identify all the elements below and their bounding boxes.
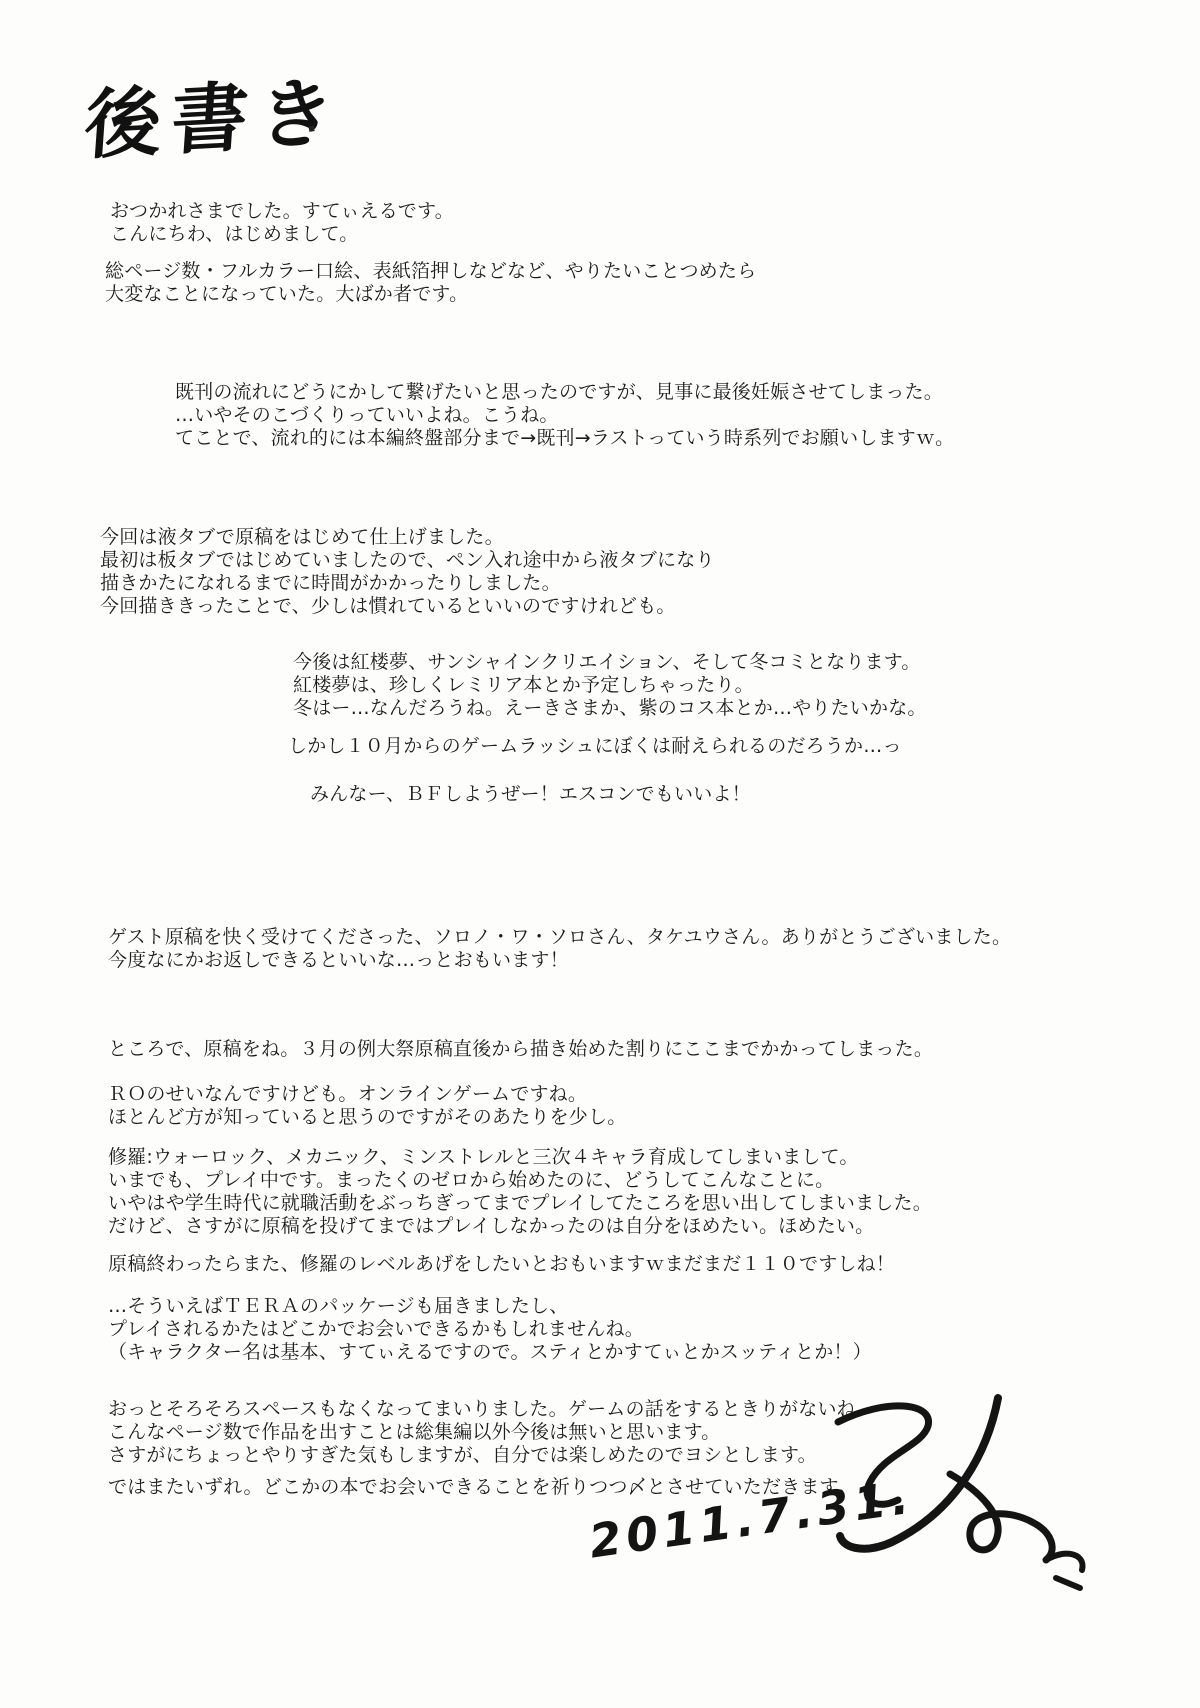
- text-line: しかし１０月からのゲームラッシュにぼくは耐えられるのだろうか…っ: [288, 735, 902, 758]
- text-line: 今回描ききったことで、少しは慣れているといいのですけれども。: [100, 595, 715, 618]
- text-line: さすがにちょっとやりすぎた気もしますが、自分では楽しめたのでヨシとします。: [108, 1444, 856, 1467]
- text-line: （キャラクター名は基本、すてぃえるですので。スティとかすてぃとかスッティとか！）: [108, 1341, 872, 1364]
- page: 後書き · おつかれさまでした。すてぃえるです。 こんにちわ、はじめまして。 総…: [0, 0, 1200, 1708]
- paragraph-level-up: 原稿終わったらまた、修羅のレベルあげをしたいとおもいますｗまだまだ１１０ですしね…: [108, 1253, 895, 1276]
- text-line: 冬はー…なんだろうね。えーきさまか、紫のコス本とか…やりたいかな。: [293, 697, 927, 720]
- text-line: …そういえばＴＥＲＡのパッケージも届きましたし、: [108, 1295, 872, 1318]
- signature-scribble: [798, 1388, 1098, 1598]
- text-line: こんにちわ、はじめまして。: [110, 223, 454, 246]
- paragraph-tablet: 今回は液タブで原稿をはじめて仕上げました。 最初は板タブではじめていましたので、…: [100, 526, 715, 618]
- text-line: ゲスト原稿を快く受けてくださった、ソロノ・ワ・ソロさん、タケユウさん。ありがとう…: [108, 926, 1011, 949]
- text-line: 大変なことになっていた。大ばか者です。: [105, 283, 756, 306]
- text-line: ほとんど方が知っていると思うのですがそのあたりを少し。: [108, 1106, 626, 1129]
- paragraph-ro-characters: 修羅:ウォーロック、メカニック、ミンストレルと三次４キャラ育成してしまいまして。…: [108, 1146, 932, 1238]
- text-line: 今後は紅楼夢、サンシャインクリエイション、そして冬コミとなります。: [293, 651, 927, 674]
- text-line: 描きかたになれるまでに時間がかかったりしました。: [100, 572, 715, 595]
- paragraph-guest-thanks: ゲスト原稿を快く受けてくださった、ソロノ・ワ・ソロさん、タケユウさん。ありがとう…: [108, 926, 1011, 972]
- text-line: こんなページ数で作品を出すことは総集編以外今後は無いと思います。: [108, 1421, 856, 1444]
- text-line: いまでも、プレイ中です。まったくのゼロから始めたのに、どうしてこんなことに。: [108, 1169, 932, 1192]
- text-line: 今回は液タブで原稿をはじめて仕上げました。: [100, 526, 715, 549]
- text-line: 総ページ数・フルカラー口絵、表紙箔押しなどなど、やりたいことつめたら: [105, 260, 756, 283]
- text-line: てことで、流れ的には本編終盤部分まで→既刊→ラストっていう時系列でお願いしますｗ…: [175, 427, 954, 450]
- text-line: だけど、さすがに原稿を投げてまではプレイしなかったのは自分をほめたい。ほめたい。: [108, 1215, 932, 1238]
- text-line: 修羅:ウォーロック、メカニック、ミンストレルと三次４キャラ育成してしまいまして。: [108, 1146, 932, 1169]
- paragraph-bf-callout: みんなー、ＢＦしようぜー！エスコンでもいいよ！: [310, 783, 751, 806]
- paragraph-game-rush: しかし１０月からのゲームラッシュにぼくは耐えられるのだろうか…っ: [288, 735, 902, 758]
- text-line: ＲＯのせいなんですけども。オンラインゲームですね。: [108, 1083, 626, 1106]
- text-line: おっとそろそろスペースもなくなってまいりました。ゲームの話をするときりがないね: [108, 1398, 856, 1421]
- paragraph-closing-remarks: おっとそろそろスペースもなくなってまいりました。ゲームの話をするときりがないね …: [108, 1398, 856, 1467]
- paragraph-ro-intro: ＲＯのせいなんですけども。オンラインゲームですね。 ほとんど方が知っていると思う…: [108, 1083, 626, 1129]
- text-line: いやはや学生時代に就職活動をぶっちぎってまでプレイしてたころを思い出してしまいま…: [108, 1192, 932, 1215]
- text-line: プレイされるかたはどこかでお会いできるかもしれませんね。: [108, 1318, 872, 1341]
- paragraph-book-specs: 総ページ数・フルカラー口絵、表紙箔押しなどなど、やりたいことつめたら 大変なこと…: [105, 260, 756, 306]
- paragraph-greeting: おつかれさまでした。すてぃえるです。 こんにちわ、はじめまして。: [110, 200, 454, 246]
- text-line: ところで、原稿をね。３月の例大祭原稿直後から描き始めた割りにここまでかかってしま…: [108, 1038, 933, 1061]
- text-line: 原稿終わったらまた、修羅のレベルあげをしたいとおもいますｗまだまだ１１０ですしね…: [108, 1253, 895, 1276]
- text-line: みんなー、ＢＦしようぜー！エスコンでもいいよ！: [310, 783, 751, 806]
- text-line: 最初は板タブではじめていましたので、ペン入れ途中から液タブになり: [100, 549, 715, 572]
- text-line: 既刊の流れにどうにかして繋げたいと思ったのですが、見事に最後妊娠させてしまった。: [175, 381, 954, 404]
- text-line: …いやそのこづくりっていいよね。こうね。: [175, 404, 954, 427]
- paragraph-manuscript-delay: ところで、原稿をね。３月の例大祭原稿直後から描き始めた割りにここまでかかってしま…: [108, 1038, 933, 1061]
- paragraph-tera: …そういえばＴＥＲＡのパッケージも届きましたし、 プレイされるかたはどこかでお会…: [108, 1295, 872, 1364]
- paragraph-story-timeline: 既刊の流れにどうにかして繋げたいと思ったのですが、見事に最後妊娠させてしまった。…: [175, 381, 954, 450]
- text-line: おつかれさまでした。すてぃえるです。: [110, 200, 454, 223]
- text-line: 紅楼夢は、珍しくレミリア本とか予定しちゃったり。: [293, 674, 927, 697]
- paragraph-future-events: 今後は紅楼夢、サンシャインクリエイション、そして冬コミとなります。 紅楼夢は、珍…: [293, 651, 927, 720]
- text-line: 今度なにかお返しできるといいな…っとおもいます！: [108, 949, 1011, 972]
